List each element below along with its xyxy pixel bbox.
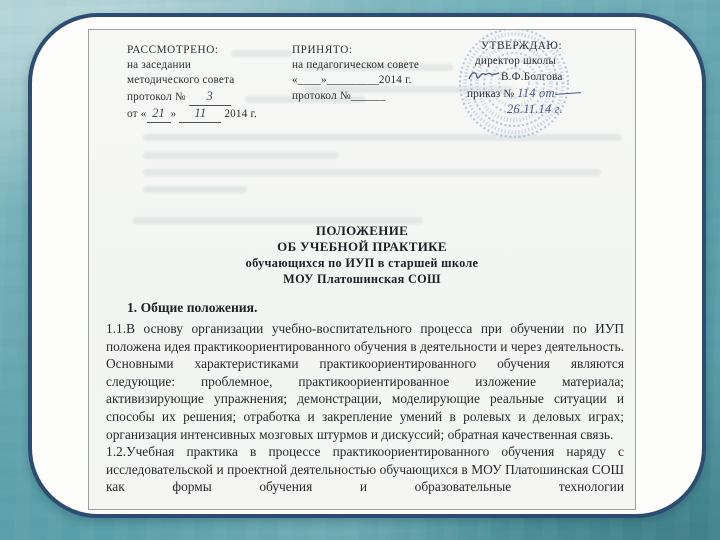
handwritten-order-number: 114 от [517, 86, 554, 100]
reviewed-title: РАССМОТРЕНО: [127, 43, 257, 58]
approval-block-approved: УТВЕРЖДАЮ: директор школы В.Ф.Болгова пр… [467, 39, 635, 118]
approved-date-line: 26.11.14 г. [507, 102, 635, 118]
handwritten-dash [555, 92, 581, 95]
handwritten-order-date: 26.11.14 г. [507, 102, 563, 116]
handwritten-month: 11 [194, 106, 206, 120]
accepted-line: на педагогическом совете [292, 58, 419, 73]
content-panel: РАССМОТРЕНО: на заседании методического … [28, 13, 706, 518]
bleedthrough-line [143, 169, 601, 176]
title-line-4: МОУ Платошинская СОШ [89, 271, 635, 287]
approved-line: директор школы [475, 54, 635, 69]
accepted-line: «____»_________2014 г. [292, 73, 419, 88]
presentation-slide: РАССМОТРЕНО: на заседании методического … [0, 0, 720, 540]
title-line-3: обучающихся по ИУП в старшей школе [89, 255, 635, 271]
accepted-line: протокол №______ [292, 89, 419, 104]
approved-title: УТВЕРЖДАЮ: [481, 39, 635, 54]
bleedthrough-line [143, 186, 247, 193]
approved-signature-line: В.Ф.Болгова [467, 69, 635, 85]
reviewed-protocol-line: протокол № 3 [127, 89, 257, 106]
accepted-title: ПРИНЯТО: [292, 43, 419, 58]
approval-block-reviewed: РАССМОТРЕНО: на заседании методического … [127, 43, 257, 123]
scanned-document-page: РАССМОТРЕНО: на заседании методического … [88, 29, 636, 510]
title-line-2: ОБ УЧЕБНОЙ ПРАКТИКЕ [89, 239, 635, 255]
paragraph-1-2: 1.2.Учебная практика в процессе практико… [106, 443, 624, 496]
section-heading: 1. Общие положения. [127, 300, 257, 316]
approved-order-line: приказ № 114 от [467, 86, 635, 102]
bleedthrough-line [143, 152, 339, 159]
reviewed-line: методического совета [127, 73, 257, 88]
document-body: 1.1.В основу организации учебно-воспитат… [106, 320, 624, 496]
document-title: ПОЛОЖЕНИЕ ОБ УЧЕБНОЙ ПРАКТИКЕ обучающихс… [89, 223, 635, 287]
title-line-1: ПОЛОЖЕНИЕ [89, 223, 635, 239]
paragraph-1-1: 1.1.В основу организации учебно-воспитат… [106, 320, 624, 443]
approval-block-accepted: ПРИНЯТО: на педагогическом совете «____»… [292, 43, 419, 104]
approved-signer-name: В.Ф.Болгова [501, 71, 563, 83]
reviewed-date-line: от «21» 11 2014 г. [127, 106, 257, 123]
handwritten-protocol-number: 3 [207, 89, 213, 103]
handwritten-day: 21 [152, 106, 165, 120]
signature-scribble [467, 69, 501, 82]
reviewed-line: на заседании [127, 58, 257, 73]
